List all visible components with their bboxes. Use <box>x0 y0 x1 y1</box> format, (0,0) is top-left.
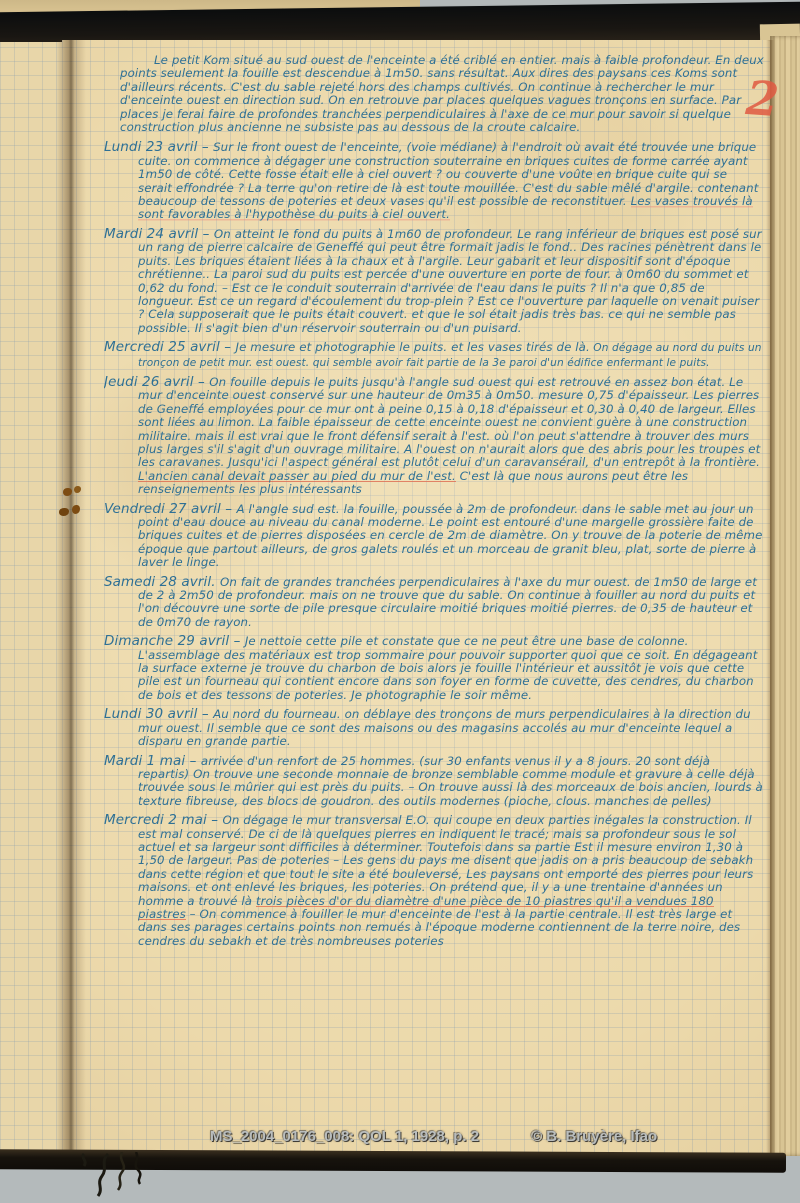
page-curl-crease <box>766 40 774 1154</box>
entry-text: On fait de grandes tranchées perpendicul… <box>138 575 757 629</box>
entry-text-underlined: L'ancien canal devait passer au pied du … <box>138 469 456 483</box>
copyright-credit: © B. Bruyère, Ifao <box>531 1128 657 1145</box>
journal-entry: Dimanche 29 avril – Je nettoie cette pil… <box>104 635 764 702</box>
entry-text: On atteint le fond du puits à 1m60 de pr… <box>138 227 762 335</box>
journal-entry: Lundi 23 avril – Sur le front ouest de l… <box>104 141 764 221</box>
entry-text: On fouille depuis le puits jusqu'à l'ang… <box>138 375 760 469</box>
journal-entry: Mercredi 2 mai – On dégage le mur transv… <box>104 814 764 948</box>
journal-entry: Samedi 28 avril. On fait de grandes tran… <box>104 576 764 630</box>
journal-intro-paragraph: Le petit Kom situé au sud ouest de l'enc… <box>120 54 764 134</box>
page-stack-fore-edge <box>770 36 800 1156</box>
entry-text: arrivée d'un renfort de 25 hommes. (sur … <box>138 754 763 808</box>
journal-entry: Lundi 30 avril – Au nord du fourneau. on… <box>104 708 764 748</box>
journal-entry: Mardi 24 avril – On atteint le fond du p… <box>104 228 764 335</box>
archive-id: MS_2004_0176_008: QOL 1, 1928, p. 2 <box>210 1128 479 1145</box>
notebook-scan: 2 Le petit Kom situé au sud ouest de l'e… <box>0 0 800 1203</box>
binding-gutter-shadow <box>56 40 86 1154</box>
journal-entry: Mercredi 25 avril – Je mesure et photogr… <box>104 341 764 370</box>
journal-entry: Vendredi 27 avril – A l'angle sud est. l… <box>104 503 764 570</box>
binding-threads-icon <box>78 1152 228 1200</box>
journal-entry: Jeudi 26 avril – On fouille depuis le pu… <box>104 376 764 497</box>
entry-date: Mercredi 25 avril – <box>104 339 236 355</box>
archive-watermark: MS_2004_0176_008: QOL 1, 1928, p. 2 © B.… <box>210 1128 770 1145</box>
entry-text: Au nord du fourneau. on déblaye des tron… <box>138 707 751 748</box>
entry-text: Je mesure et photographie le puits. et l… <box>236 340 590 354</box>
journal-entry: Mardi 1 mai – arrivée d'un renfort de 25… <box>104 755 764 809</box>
journal-text: Le petit Kom situé au sud ouest de l'enc… <box>104 54 764 1150</box>
entry-text: – On commence à fouiller le mur d'encein… <box>138 907 740 948</box>
